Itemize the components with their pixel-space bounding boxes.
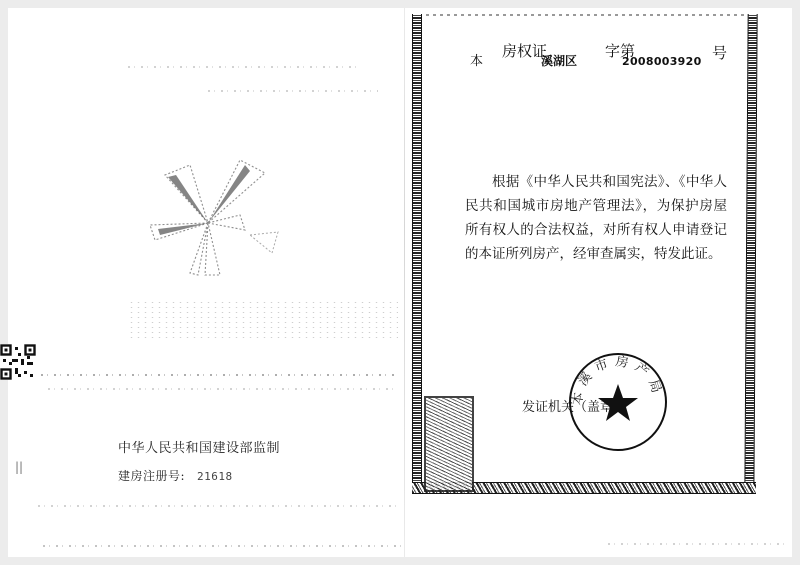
scan-noise <box>608 543 788 545</box>
margin-mark: || <box>15 460 23 474</box>
registration-stamp-box <box>424 396 474 492</box>
registration-label: 建房注册号: <box>118 469 185 483</box>
frame-border-top <box>412 14 756 16</box>
official-seal: 本溪市房产局 <box>566 350 670 454</box>
star-icon <box>598 384 638 421</box>
frame-border-left <box>412 14 422 494</box>
page-fold <box>404 8 405 557</box>
certificate-header: 本 房权证 溪湖区 字第 2008003920 号 <box>470 36 770 76</box>
registration-number: 21618 <box>197 470 233 483</box>
district-name: 溪湖区 <box>541 52 577 69</box>
scan-noise <box>48 388 398 390</box>
scan-noise <box>43 545 403 547</box>
certificate-body-text: 根据《中华人民共和国宪法》、《中华人民共和国城市房地产管理法》，为保护房屋所有权… <box>465 170 727 266</box>
supervisor-caption: 中华人民共和国建设部监制 <box>118 437 280 456</box>
certificate-number: 2008003920 <box>622 55 702 68</box>
national-emblem-icon <box>150 135 300 285</box>
faded-text-band <box>128 300 398 340</box>
scan-noise <box>28 374 398 376</box>
scan-noise <box>208 90 378 92</box>
scan-noise <box>38 505 398 507</box>
qr-code-icon <box>0 344 36 380</box>
scan-noise <box>128 66 358 68</box>
certificate-body: 根据《中华人民共和国宪法》、《中华人民共和国城市房地产管理法》，为保护房屋所有权… <box>465 170 727 266</box>
registration-line: 建房注册号:21618 <box>118 467 233 484</box>
header-suffix: 号 <box>712 42 727 63</box>
header-prefix: 本 <box>470 50 483 69</box>
frame-border-right <box>744 14 757 494</box>
